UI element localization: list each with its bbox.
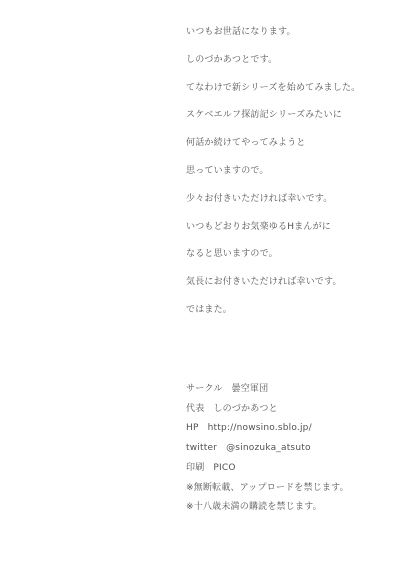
afterword-line: 気長にお付きいただければ幸いです。 [186,269,386,297]
colophon-circle-row: サークル曇空軍団 [186,380,396,400]
colophon-hp-label: HP [186,423,199,433]
afterword-text-block: いつもお世話になります。 しのづかあつとです。 てなわけで新シリーズを始めてみま… [186,19,386,325]
afterword-line: ではまた。 [186,297,386,325]
colophon-twitter-label: twitter [186,443,217,453]
afterword-line: 思っていますので。 [186,158,386,186]
afterword-line: なると思いますので。 [186,241,386,269]
colophon-print-row: 印刷PICO [186,459,396,479]
afterword-line: しのづかあつとです。 [186,47,386,75]
afterword-line: 少々お付きいただければ幸いです。 [186,186,386,214]
colophon-representative-label: 代表 [186,404,204,414]
afterword-line: いつもお世話になります。 [186,19,386,47]
colophon-note-age-restriction: ※十八歳未満の購読を禁じます。 [186,498,396,518]
colophon-twitter-row: twitter@sinozuka_atsuto [186,439,396,459]
colophon-hp-row: HPhttp://nowsino.sblo.jp/ [186,419,396,439]
afterword-line: てなわけで新シリーズを始めてみました。 [186,75,386,103]
colophon-block: サークル曇空軍団 代表しのづかあつと HPhttp://nowsino.sblo… [186,380,396,518]
colophon-circle-label: サークル [186,384,223,394]
afterword-line: いつもどおりお気楽ゆるHまんがに [186,214,386,242]
colophon-representative-row: 代表しのづかあつと [186,400,396,420]
colophon-representative-value: しのづかあつと [213,404,277,414]
colophon-hp-url: http://nowsino.sblo.jp/ [208,423,312,433]
scanned-afterword-page: いつもお世話になります。 しのづかあつとです。 てなわけで新シリーズを始めてみま… [0,0,400,564]
colophon-twitter-handle: @sinozuka_atsuto [226,443,311,453]
colophon-circle-value: 曇空軍団 [232,384,269,394]
afterword-line: スケベエルフ探訪記シリーズみたいに [186,102,386,130]
colophon-print-label: 印刷 [186,463,204,473]
colophon-print-value: PICO [213,463,235,473]
colophon-note-no-reproduction: ※無断転載、アップロードを禁じます。 [186,479,396,499]
afterword-line: 何話か続けてやってみようと [186,130,386,158]
